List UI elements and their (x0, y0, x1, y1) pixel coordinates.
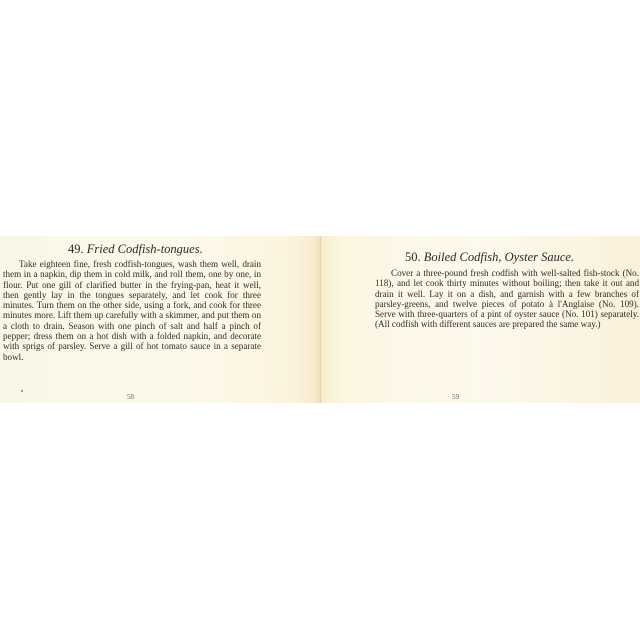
right-page: 50. Boiled Codfish, Oyster Sauce. Cover … (321, 236, 640, 403)
recipe-name: Fried Codfish-tongues. (87, 242, 203, 256)
paper-speck (21, 390, 23, 392)
recipe-body: Cover a three-pound fresh codfish with w… (375, 268, 639, 330)
recipe-paragraph: Take eighteen fine, fresh codfish-tongue… (3, 259, 261, 362)
page-number: 59 (452, 393, 459, 401)
recipe-title: 49. Fried Codfish-tongues. (68, 242, 203, 257)
recipe-body: Take eighteen fine, fresh codfish-tongue… (3, 259, 261, 362)
recipe-title: 50. Boiled Codfish, Oyster Sauce. (405, 250, 574, 265)
page-number: 58 (127, 393, 134, 401)
recipe-number: 50. (405, 250, 421, 264)
left-page: 49. Fried Codfish-tongues. Take eighteen… (0, 236, 320, 403)
recipe-name: Boiled Codfish, Oyster Sauce. (424, 250, 574, 264)
book-spread: 49. Fried Codfish-tongues. Take eighteen… (0, 236, 640, 403)
recipe-number: 49. (68, 242, 84, 256)
recipe-paragraph: Cover a three-pound fresh codfish with w… (375, 268, 639, 330)
